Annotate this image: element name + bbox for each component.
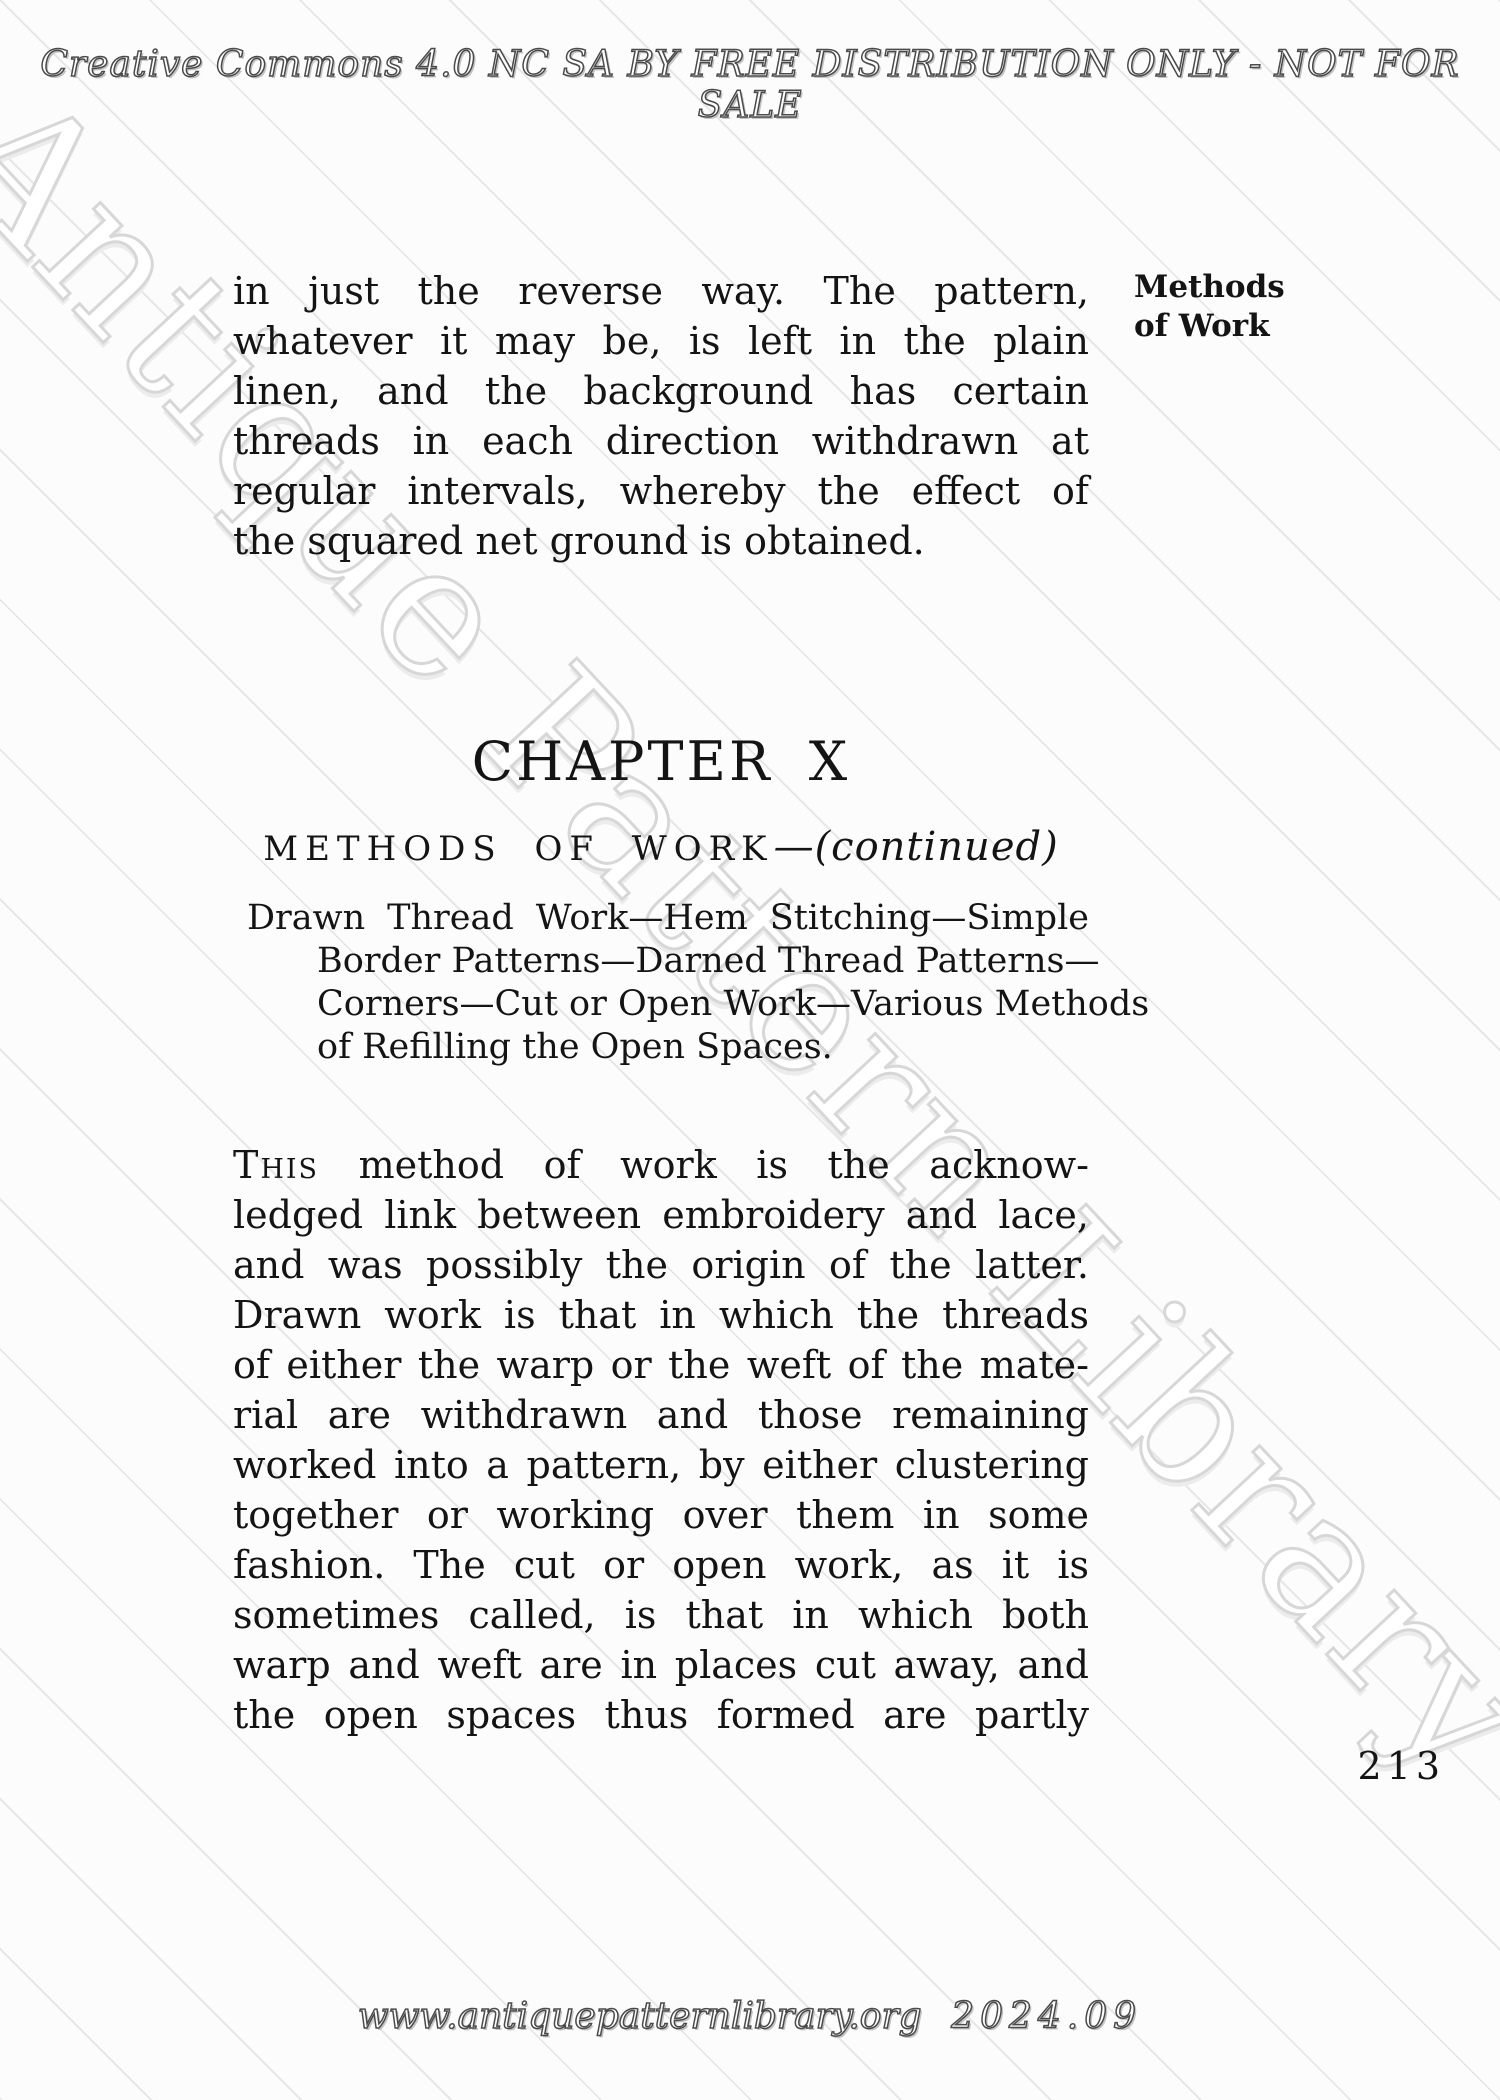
text-line: threads in each direction withdrawn at	[233, 416, 1089, 466]
text-line: worked into a pattern, by either cluster…	[233, 1440, 1089, 1490]
text-line: the squared net ground is obtained.	[233, 516, 1089, 566]
text-line: fashion. The cut or open work, as it is	[233, 1540, 1089, 1590]
footer-url: www.antiquepatternlibrary.org	[358, 1996, 922, 2037]
intro-paragraph: in just the reverse way. The pattern,wha…	[233, 266, 1089, 566]
text-line: Drawn work is that in which the threads	[233, 1290, 1089, 1340]
chapter-subtitle: METHODS OF WORK—(continued)	[233, 824, 1089, 870]
text-line: whatever it may be, is left in the plain	[233, 316, 1089, 366]
chapter-subtitle-caps: METHODS OF WORK	[263, 829, 773, 869]
text-line: Drawn Thread Work—Hem Stitching—Simple	[233, 897, 1089, 940]
text-line: and was possibly the origin of the latte…	[233, 1240, 1089, 1290]
margin-note-line2: of Work	[1134, 307, 1354, 346]
main-paragraph-first-line: This method of work is the acknow-	[233, 1140, 1089, 1190]
text-line: of Refilling the Open Spaces.	[233, 1026, 1089, 1069]
page-number: 213	[1357, 1744, 1445, 1788]
main-paragraph: This method of work is the acknow- ledge…	[233, 1140, 1089, 1740]
text-line: warp and weft are in places cut away, an…	[233, 1640, 1089, 1690]
text-line: together or working over them in some	[233, 1490, 1089, 1540]
text-line: in just the reverse way. The pattern,	[233, 266, 1089, 316]
text-line: ledged link between embroidery and lace,	[233, 1190, 1089, 1240]
chapter-title: CHAPTER X	[233, 730, 1089, 793]
text-line: Border Patterns—Darned Thread Patterns—	[233, 940, 1089, 983]
page-content: Creative Commons 4.0 NC SA BY FREE DISTR…	[0, 0, 1500, 2100]
text-line: Corners—Cut or Open Work—Various Methods	[233, 983, 1089, 1026]
text-line: regular intervals, whereby the effect of	[233, 466, 1089, 516]
text-line: of either the warp or the weft of the ma…	[233, 1340, 1089, 1390]
lead-word: This	[233, 1143, 319, 1187]
text-line: rial are withdrawn and those remaining	[233, 1390, 1089, 1440]
margin-note-line1: Methods	[1134, 268, 1354, 307]
book-page: Antique Pattern Library Creative Commons…	[0, 0, 1500, 2100]
footer-edition: 2024.09	[951, 1996, 1142, 2037]
chapter-subtitle-continued: —(continued)	[774, 824, 1059, 870]
first-line-rest: method of work is the acknow-	[319, 1143, 1089, 1187]
footer: www.antiquepatternlibrary.org 2024.09	[0, 1996, 1500, 2037]
text-line: linen, and the background has certain	[233, 366, 1089, 416]
margin-note: Methods of Work	[1134, 268, 1354, 346]
creative-commons-header: Creative Commons 4.0 NC SA BY FREE DISTR…	[0, 44, 1500, 126]
chapter-summary: Drawn Thread Work—Hem Stitching—SimpleBo…	[233, 897, 1089, 1069]
text-line: sometimes called, is that in which both	[233, 1590, 1089, 1640]
text-line: the open spaces thus formed are partly	[233, 1690, 1089, 1740]
